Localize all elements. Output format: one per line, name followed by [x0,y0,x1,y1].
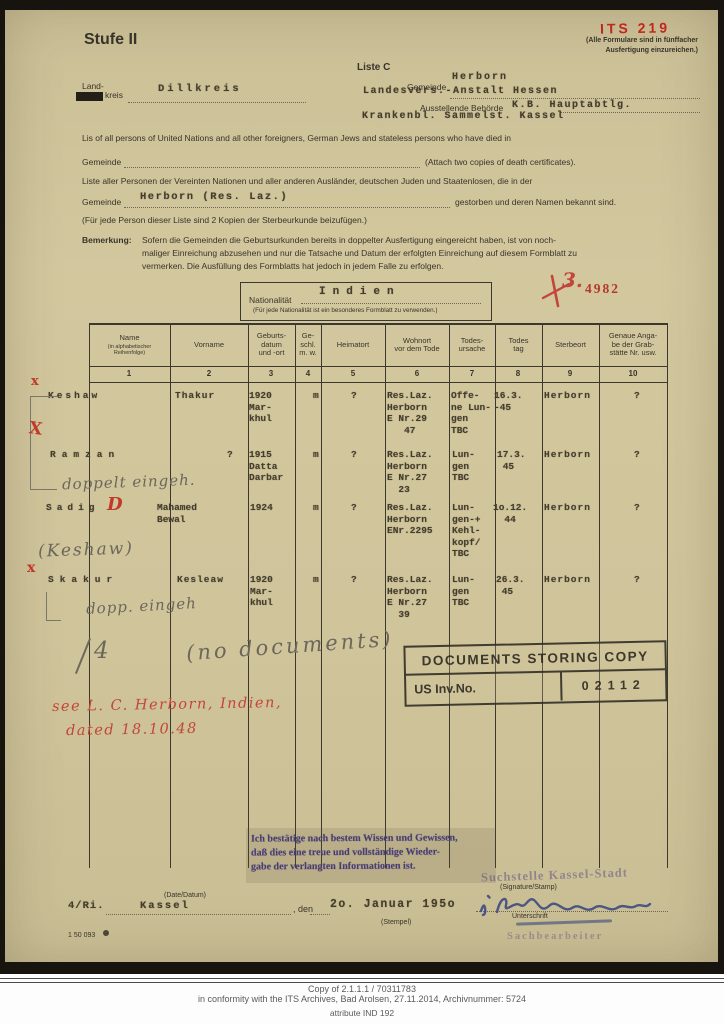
note-keshaw: (Keshaw) [38,538,135,561]
row3-geschl: m [313,502,319,514]
table-vline [321,323,322,868]
col-number: 6 [415,369,419,381]
stempel-label: (Stempel) [381,917,411,928]
row4-ursache: Lun- gen TBC [452,574,475,609]
red-note-line2: dated 18.10.48 [66,721,198,739]
footer-line2: in conformity with the ITS Archives, Bad… [0,994,724,1004]
col-number: 3 [269,369,273,381]
row4-sterbeort: Herborn [544,574,591,586]
table-vline [667,323,668,868]
note-doppelt-eingeh: doppelt eingeh. [62,471,196,494]
behoerde-value-1: K.B. Hauptabtlg. [512,100,632,112]
scan-edge-left [0,0,5,973]
row3-vorname: Mahamed Bewal [157,502,197,525]
red-handwritten-number: 3. [562,268,583,292]
col-header-grabstaette: Genaue Anga- be der Grab- stätte Nr. usw… [600,326,666,364]
dotted-line [310,913,330,915]
row2-todestag: 17.3. 45 [497,449,526,472]
row3-sterbeort: Herborn [544,502,591,514]
row1-todestag: 16.3. -45 [494,390,523,413]
note-four: 4 [94,638,109,664]
col-header-geburtsdatum: Geburts- datum und -ort [249,326,294,364]
date-value: 2o. Januar 195o [330,899,456,911]
bemerkung-line3: vermerken. Die Ausfüllung des Formblatts… [142,261,443,272]
col-header-sterbeort: Sterbeort [543,326,598,364]
gemeinde-value-top: Herborn [452,72,508,84]
row1-wohnort: Res.Laz. Herborn E Nr.29 47 [387,390,433,436]
footer-line1: Copy of 2.1.1.1 / 70311783 [0,984,724,994]
intro-de-gemeinde-label: Gemeinde [82,197,121,208]
footer-line3: attribute IND 192 [0,1008,724,1018]
certification-line1: Ich bestätige nach bestem Wissen und Gew… [251,831,458,846]
table-vline [295,323,296,868]
signature-ink [473,883,663,923]
row2-wohnort: Res.Laz. Herborn E Nr.27 23 [387,449,433,495]
scanned-document: Stufe II ITS 219 (Alle Formulare sind in… [0,0,724,973]
stamp-inv-number: 02112 [562,670,666,700]
certification-line3: gabe der verlangten Informationen ist. [251,860,416,875]
pencil-bracket-2 [46,592,61,621]
col-header-vorname: Vorname [171,326,247,364]
row3-ursache: Lun- gen-+ Kehl- kopf/ TBC [452,502,481,560]
row2-geburt: 1915 Datta Darbar [249,449,283,484]
row2-grab: ? [634,449,640,461]
col-header-todestag: Todes tag [496,326,541,364]
intro-de-tail: gestorben und deren Namen bekannt sind. [455,197,616,208]
row3-wohnort: Res.Laz. Herborn ENr.2295 [387,502,433,537]
row1-geburt: 1920 Mar- khul [249,390,272,425]
kreis-label: kreis [105,90,123,101]
kreis-value: Dillkreis [158,84,242,96]
form-print-number: 1 50 093 [68,930,95,941]
table-header-line [89,366,668,367]
col-header-name: Name(in alphabetischer Reihenfolge) [90,326,169,364]
sachbearbeiter-stamp: Sachbearbeiter [507,931,603,942]
row1-geschl: m [313,390,319,402]
reference-value: 4/Ri. [68,901,105,913]
col-number: 2 [207,369,211,381]
note-no-documents: (no documents) [185,627,394,665]
red-x-mark-3: x [27,560,35,576]
attach-note: (Attach two copies of death certificates… [425,157,576,168]
behoerde-value-2: Krankenbl. Sammelst. Kassel [362,111,565,123]
dotted-line [128,101,306,103]
row2-heimat: ? [351,449,357,461]
col-number: 1 [127,369,131,381]
row4-geburt: 1920 Mar- khul [250,574,273,609]
certification-line2: daß dies eine treue und vollständige Wie… [251,846,440,861]
col-number: 5 [351,369,355,381]
nationality-box: Nationalität Indien (Für jede Nationalit… [240,282,492,321]
row3-grab: ? [634,502,640,514]
intro-en-gemeinde-label: Gemeinde [82,157,121,168]
scan-edge-right [718,0,724,973]
row4-grab: ? [634,574,640,586]
row4-name: Skakur [48,574,118,586]
list-type-label: Liste C [357,62,390,73]
red-x-mark-1: x [31,374,39,389]
table-top-line [89,323,668,325]
col-header-heimatort: Heimatort [322,326,384,364]
row2-vorname: ? [227,449,233,461]
col-header-todesursache: Todes- ursache [450,326,494,364]
row3-todestag: 1o.12. 44 [493,502,527,525]
table-vline [599,323,600,868]
row4-heimat: ? [351,574,357,586]
gemeinde-value-overlay: Landesvers.-Anstalt Hessen [363,86,558,98]
dotted-line [106,913,291,915]
form-stage-title: Stufe II [84,34,137,45]
row1-vorname: Thakur [175,390,215,402]
bemerkung-line1: Sofern die Gemeinden die Geburtsurkunden… [142,235,556,246]
intro-de-gemeinde-value: Herborn (Res. Laz.) [140,192,288,204]
nationality-note: (Für jede Nationalität ist ein besondere… [253,305,437,316]
red-x-mark-2: X [28,418,44,440]
row2-sterbeort: Herborn [544,449,591,461]
footer-divider [0,978,724,983]
row3-geburt: 1924 [250,502,273,514]
bemerkung-line1-bold: doppelter [348,235,383,245]
stamp-inv-label: US Inv.No. [406,672,563,703]
bemerkung-line1b: Ausfertigung eingereicht haben, ist von … [383,235,555,245]
row4-wohnort: Res.Laz. Herborn E Nr.27 39 [387,574,433,620]
row2-geschl: m [313,449,319,461]
row1-sterbeort: Herborn [544,390,591,402]
bemerkung-line2: maliger Einreichung abzusehen und nur di… [142,248,577,259]
table-vline [89,323,90,868]
bemerkung-label: Bemerkung: [82,235,132,246]
land-label: Land- [82,81,104,92]
row3-heimat: ? [351,502,357,514]
stamped-number: 4982 [585,281,620,297]
place-value: Kassel [140,901,190,913]
red-letter-d: D [107,494,123,515]
kopien-note: (Für jede Person dieser Liste sind 2 Kop… [82,215,367,226]
col-number: 10 [629,369,638,381]
print-mark [103,930,109,936]
col-header-geschlecht: Ge- schl. m. w. [296,326,320,364]
row2-name: Ramzan [50,449,120,461]
col-number: 8 [516,369,520,381]
bemerkung-line1a: Sofern die Gemeinden die Geburtsurkunden… [142,235,348,245]
col-number: 9 [568,369,572,381]
row4-vorname: Kesleaw [177,574,224,586]
dotted-line [301,302,481,304]
row4-geschl: m [313,574,319,586]
redacted-stadt-label [76,92,103,101]
row2-ursache: Lun- gen TBC [452,449,475,484]
row1-heimat: ? [351,390,357,402]
documents-storing-copy-stamp: DOCUMENTS STORING COPY US Inv.No. 02112 [403,640,667,706]
scan-edge-bottom [0,962,724,974]
col-number: 4 [306,369,310,381]
pencil-bracket-1 [30,396,57,490]
dotted-line [124,166,420,168]
its-number-stamp: ITS 219 [600,19,670,36]
archive-footer: Copy of 2.1.1.1 / 70311783 in conformity… [0,973,724,1024]
intro-english: Lis of all persons of United Nations and… [82,133,662,144]
row1-grab: ? [634,390,640,402]
intro-german: Liste aller Personen der Vereinten Natio… [82,176,662,187]
table-vline [542,323,543,868]
nationality-value: Indien [319,287,401,299]
copies-note-line2: Ausfertigung einzureichen.) [540,45,698,56]
dotted-line [124,206,450,208]
scan-edge-top [0,0,724,10]
row3-name: Sadig [46,502,100,514]
col-header-wohnort: Wohnort vor dem Tode [386,326,448,364]
row4-todestag: 26.3. 45 [496,574,525,597]
col-number: 7 [470,369,474,381]
note-dopp-eingeh: dopp. eingeh [86,594,198,618]
row1-ursache: Offe- ne Lun- gen TBC [451,390,491,436]
table-number-line [89,382,668,383]
